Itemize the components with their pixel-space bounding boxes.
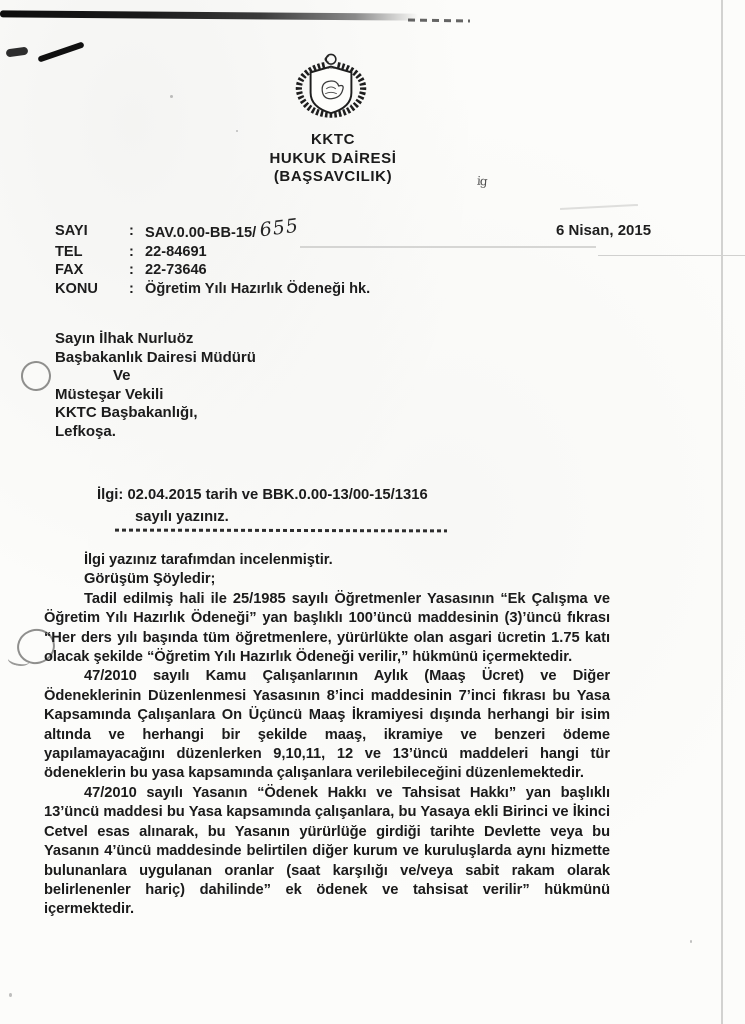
reference-underline: [115, 529, 447, 533]
org-line-department: HUKUK DAİRESİ: [238, 150, 428, 169]
stray-pen-mark: ig: [477, 174, 487, 189]
fax-label: FAX: [55, 261, 129, 280]
tel-value: 22-84691: [145, 243, 207, 262]
org-line-kktc: KKTC: [238, 131, 428, 150]
fax-colon: :: [129, 261, 145, 280]
scan-speck: [690, 940, 692, 943]
sayi-value: SAV.0.00-BB-15/655: [145, 222, 299, 243]
konu-label: KONU: [55, 280, 129, 299]
sayi-value-handwritten: 655: [259, 217, 300, 240]
recipient-org: KKTC Başbakanlığı,: [55, 404, 256, 423]
fax-value: 22-73646: [145, 261, 207, 280]
reference-block: İlgi: 02.04.2015 tarih ve BBK.0.00-13/00…: [97, 484, 428, 528]
meta-block: SAYI : SAV.0.00-BB-15/655 TEL : 22-84691…: [55, 222, 370, 298]
scanner-edge-line: [721, 0, 723, 1024]
scan-streak-dashes-artifact: [408, 18, 470, 22]
recipient-block: Sayın İlhak Nurluöz Başbakanlık Dairesi …: [55, 330, 256, 442]
recipient-title-2: Müsteşar Vekili: [55, 386, 256, 405]
letter-body: İlgi yazınız tarafımdan incelenmiştir. G…: [44, 551, 610, 920]
tel-label: TEL: [55, 243, 129, 262]
reference-label: İlgi:: [97, 487, 123, 503]
recipient-title-1: Başbakanlık Dairesi Müdürü: [55, 349, 256, 368]
recipient-conjunction: Ve: [55, 367, 256, 386]
konu-value: Öğretim Yılı Hazırlık Ödeneği hk.: [145, 280, 370, 299]
scan-streak-artifact: [0, 10, 418, 20]
crease-line: [560, 204, 638, 210]
svg-text:1983: 1983: [327, 66, 335, 70]
meta-row-tel: TEL : 22-84691: [55, 243, 370, 262]
meta-row-sayi: SAYI : SAV.0.00-BB-15/655: [55, 222, 370, 243]
body-paragraph-4: 47/2010 sayılı Kamu Çalışanlarının Aylık…: [44, 667, 610, 783]
meta-row-konu: KONU : Öğretim Yılı Hazırlık Ödeneği hk.: [55, 280, 370, 299]
sayi-value-printed: SAV.0.00-BB-15/: [145, 225, 256, 241]
letterhead: KKTC HUKUK DAİRESİ (BAŞSAVCILIK): [238, 131, 428, 187]
recipient-city: Lefkoşa.: [55, 423, 256, 442]
letter-date: 6 Nisan, 2015: [556, 222, 651, 239]
meta-row-fax: FAX : 22-73646: [55, 261, 370, 280]
reference-number: 02.04.2015 tarih ve BBK.0.00-13/00-15/13…: [127, 487, 427, 503]
body-paragraph-5: 47/2010 sayılı Yasanın “Ödenek Hakkı ve …: [44, 784, 610, 920]
kktc-coat-of-arms-icon: 1983: [292, 52, 370, 125]
reference-line-1: İlgi: 02.04.2015 tarih ve BBK.0.00-13/00…: [97, 484, 428, 506]
ink-blob-artifact: [6, 47, 29, 58]
body-paragraph-1: İlgi yazınız tarafımdan incelenmiştir.: [44, 551, 610, 570]
punch-hole: [20, 360, 53, 393]
pen-mark-artifact: [37, 41, 84, 62]
reference-line-2: sayılı yazınız.: [97, 506, 428, 528]
scan-speck: [170, 95, 173, 98]
sayi-colon: :: [129, 222, 145, 243]
scanned-letter-page: ig 1983 KKTC HUKUK DAİRESİ (BAŞSAVCILIK)…: [0, 0, 745, 1024]
body-paragraph-2: Görüşüm Şöyledir;: [44, 570, 610, 589]
body-paragraph-3: Tadil edilmiş hali ile 25/1985 sayılı Öğ…: [44, 590, 610, 668]
org-line-office: (BAŞSAVCILIK): [238, 168, 428, 187]
konu-colon: :: [129, 280, 145, 299]
tel-colon: :: [129, 243, 145, 262]
recipient-name: Sayın İlhak Nurluöz: [55, 330, 256, 349]
scan-speck: [9, 993, 12, 997]
sayi-label: SAYI: [55, 222, 129, 243]
